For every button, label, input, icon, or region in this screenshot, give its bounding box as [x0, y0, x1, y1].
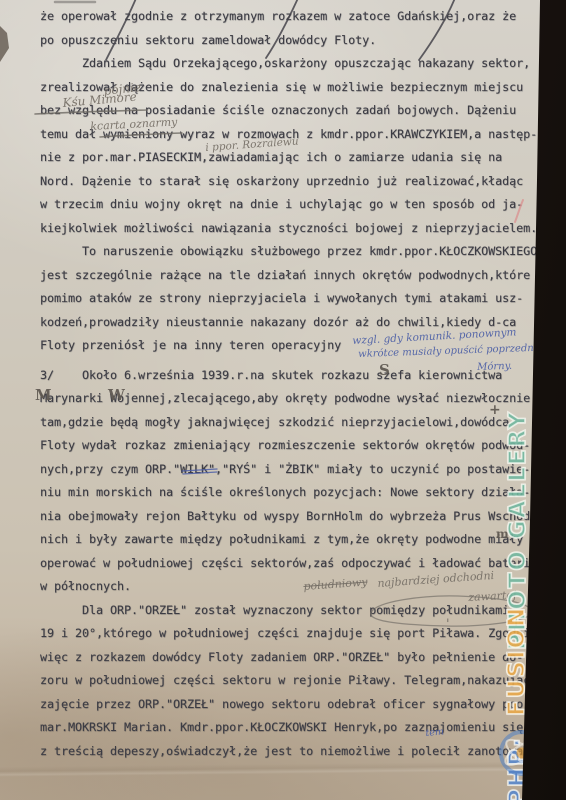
watermark-fusion: FUSION	[504, 606, 530, 716]
cancel-stroke-1	[106, 0, 137, 60]
pink-margin-mark	[515, 200, 523, 222]
pencil-plus-dowodca: +	[489, 402, 501, 418]
pencil-capital-s-szefa: S	[379, 361, 390, 379]
ink-strike-wilk	[182, 469, 217, 474]
cancel-stroke-2	[266, 0, 299, 58]
pencil-capital-w-wojennej: W	[108, 386, 125, 404]
pencil-capital-m-marynarki: M	[35, 386, 52, 404]
php-fusion-atom-icon	[492, 722, 554, 784]
ink-word-tem-zanotowac: tem	[425, 726, 444, 739]
pen-strokes-overlay	[0, 0, 566, 800]
pencil-tick-poludnikami: '	[446, 617, 450, 632]
pencil-strike-wymieniony	[100, 133, 182, 137]
cancel-stroke-3	[419, 0, 455, 60]
ink-note-operacyjny-3: Mórny.	[477, 361, 512, 373]
document-photo: że operował zgodnie z otrzymanym rozkaze…	[0, 0, 566, 800]
pencil-strike-bez-wzgledu	[35, 110, 147, 114]
